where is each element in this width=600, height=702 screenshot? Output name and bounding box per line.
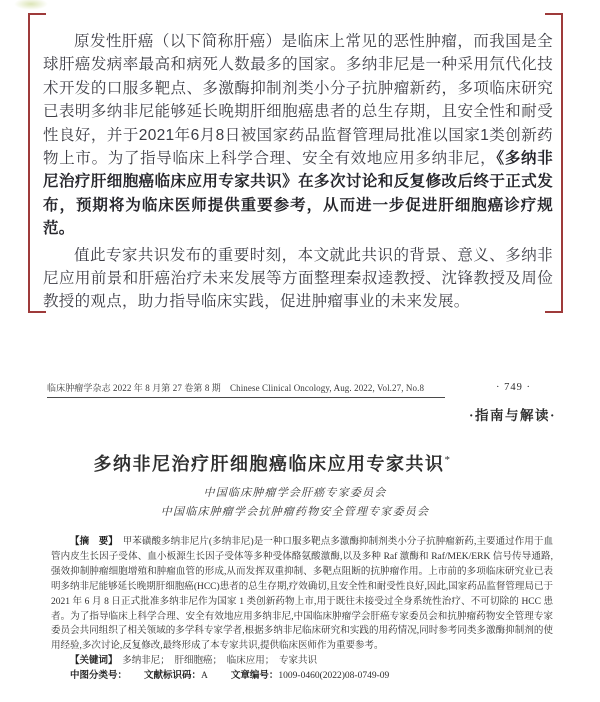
title-footnote-mark: * — [445, 454, 452, 466]
keywords-text: 多纳非尼； 肝细胞癌； 临床应用； 专家共识 — [122, 656, 317, 666]
scanned-journal-page: { "frame": { "p1_normal": "原发性肝癌（以下简称肝癌）… — [0, 0, 600, 702]
doc-code-label: 文献标识码： — [144, 671, 201, 681]
meta-line: 中图分类号：文献标识码：A文章编号：1009-0460(2022)08-0749… — [51, 669, 553, 684]
author-affiliations: 中国临床肿瘤学会肝癌专家委员会 中国临床肿瘤学会抗肿瘤药物安全管理专家委员会 — [47, 484, 543, 521]
affiliation-line-1: 中国临床肿瘤学会肝癌专家委员会 — [47, 484, 543, 503]
abstract-label: 【摘 要】 — [70, 537, 113, 547]
journal-citation: 临床肿瘤学杂志 2022 年 8 月第 27 卷第 8 期 Chinese Cl… — [47, 381, 445, 398]
abstract-paragraph: 【摘 要】 甲苯磺酸多纳非尼片(多纳非尼)是一种口服多靶点多激酶抑制剂类小分子抗… — [51, 535, 553, 654]
summary-paragraph-1: 原发性肝癌（以下简称肝癌）是临床上常见的恶性肿瘤，而我国是全球肝癌发病率最高和病… — [43, 30, 553, 241]
article-title: 多纳非尼治疗肝细胞癌临床应用专家共识* — [0, 450, 545, 476]
article-title-text: 多纳非尼治疗肝细胞癌临床应用专家共识 — [94, 454, 445, 474]
meta-gap-2 — [208, 677, 231, 678]
summary-text-block: 原发性肝癌（以下简称肝癌）是临床上常见的恶性肿瘤，而我国是全球肝癌发病率最高和病… — [43, 30, 553, 314]
article-no-label: 文章编号： — [231, 671, 279, 681]
frame-corner-bottom-left — [30, 311, 46, 313]
frame-corner-top-left — [30, 13, 46, 15]
page-number: · 749 · — [496, 382, 531, 393]
summary-paragraph-2: 值此专家共识发布的重要时刻，本文就此共识的背景、意义、多纳非尼应用前景和肝癌治疗… — [43, 244, 553, 314]
article-no-value: 1009-0460(2022)08-0749-09 — [278, 671, 389, 681]
doc-code-value: A — [201, 671, 208, 681]
abstract-text: 甲苯磺酸多纳非尼片(多纳非尼)是一种口服多靶点多激酶抑制剂类小分子抗肿瘤新药,主… — [51, 537, 553, 651]
journal-header-row: 临床肿瘤学杂志 2022 年 8 月第 27 卷第 8 期 Chinese Cl… — [47, 381, 553, 396]
scan-artifact-smudge — [14, 0, 48, 10]
abstract-section: 【摘 要】 甲苯磺酸多纳非尼片(多纳非尼)是一种口服多靶点多激酶抑制剂类小分子抗… — [51, 535, 553, 684]
keywords-line: 【关键词】 多纳非尼； 肝细胞癌； 临床应用； 专家共识 — [51, 654, 553, 669]
frame-corner-top-right — [545, 13, 561, 15]
summary-paragraph-1-text: 原发性肝癌（以下简称肝癌）是临床上常见的恶性肿瘤，而我国是全球肝癌发病率最高和病… — [43, 33, 553, 167]
meta-gap-1 — [127, 677, 144, 678]
highlight-bracket-frame: 原发性肝癌（以下简称肝癌）是临床上常见的恶性肿瘤，而我国是全球肝癌发病率最高和病… — [28, 13, 563, 313]
affiliation-line-2: 中国临床肿瘤学会抗肿瘤药物安全管理专家委员会 — [47, 503, 543, 522]
clc-label: 中图分类号： — [70, 671, 127, 681]
section-label: ·指南与解读· — [469, 404, 556, 424]
frame-corner-bottom-right — [545, 311, 561, 313]
keywords-label: 【关键词】 — [70, 656, 113, 666]
